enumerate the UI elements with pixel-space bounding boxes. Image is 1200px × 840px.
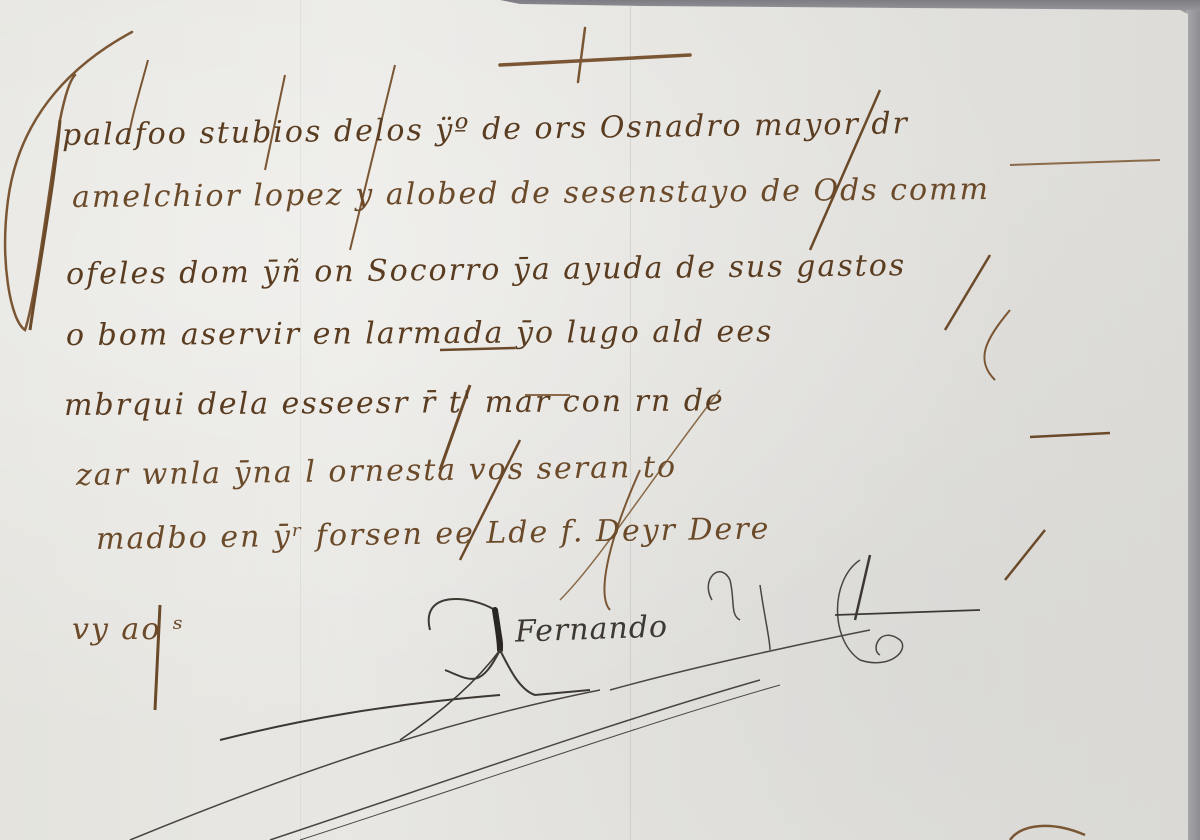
manuscript-line: vy ao ˢ — [72, 612, 185, 647]
cross-mark-icon — [500, 28, 690, 82]
manuscript-line: mbrqui dela esseesr r̄ t' mar con rn de — [64, 383, 725, 423]
manuscript-line: o bom aservir en larmada ȳo lugo ald ees — [66, 314, 774, 353]
signature-flourish-icon — [130, 599, 780, 840]
signature: Fernando — [514, 609, 668, 649]
